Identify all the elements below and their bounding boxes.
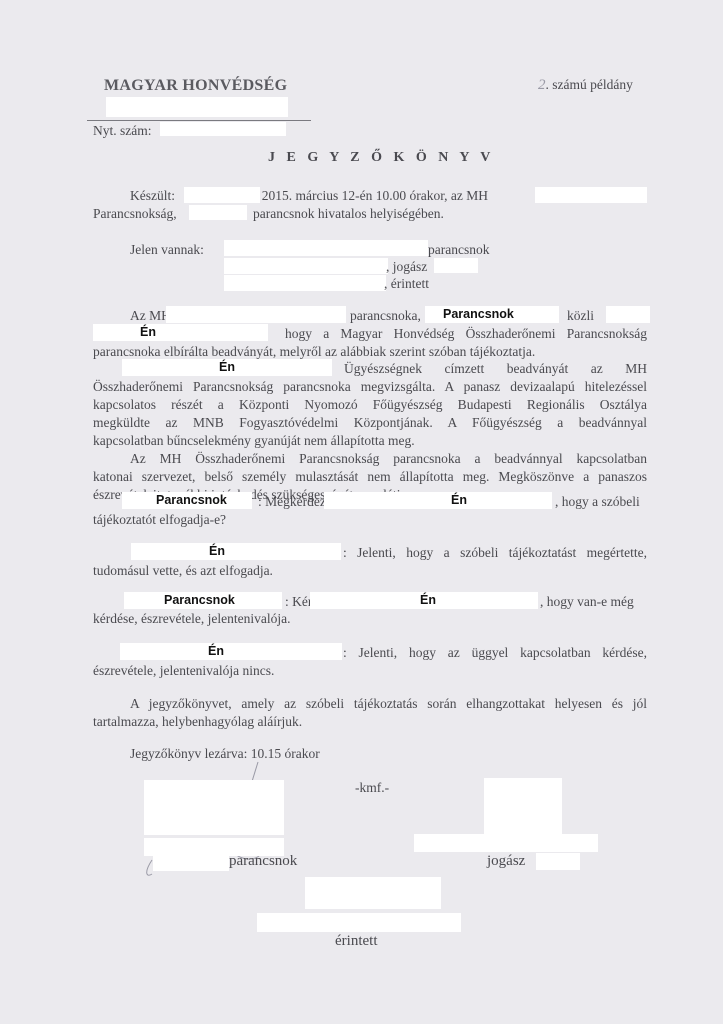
dialogue-2-text: : Jelenti, hogy a szóbeli tájékoztatást … [343,544,647,561]
signature-role-lawyer: jogász [487,853,525,870]
copy-number-label: . számú példány [546,77,633,92]
copy-number: 2. számú példány [538,76,633,94]
signature-role-affected: érintett [335,933,377,950]
dialogue-1-verb: : Megkérdezi [258,493,330,510]
redacted-unit-2 [166,306,346,323]
dialogue-1-cont: tájékoztatót elfogadja-e? [93,511,226,528]
office-text: parancsnok hivatalos helyiségében. [253,205,444,222]
present-role-commander: parancsnok [428,241,489,258]
dialogue-speaker-me: Én [120,643,342,660]
redacted-affected-signature [305,877,441,909]
dialogue-speaker-me: Én [131,543,341,560]
p2-line-1: Ügyészségnek címzett beadványát az MH [344,360,647,377]
p1-line-2: hogy a Magyar Honvédség Összhaderőnemi P… [285,325,647,342]
me-label: Én [122,359,332,376]
redacted-location [184,187,260,203]
redacted-lawyer-signature [484,778,562,834]
dialogue-2-cont: tudomásul vette, és azt elfogadja. [93,562,273,579]
present-role-affected: , érintett [384,275,429,292]
p1-announces: közli [567,307,594,324]
commander-label: Parancsnok [425,306,559,323]
closing-line-1: A jegyzőkönyvet, amely az szóbeli tájéko… [130,695,647,712]
dialogue-target-me: Én [310,592,538,609]
redacted-name-trailing [606,306,650,323]
redacted-lawyer-rank-2 [414,834,598,852]
redacted-present-3 [224,275,386,291]
redacted-registry-number [160,122,286,136]
redacted-present-2 [224,258,388,274]
signature-role-commander: parancsnok [229,853,297,870]
p1-az-mh: Az MH [130,307,171,324]
present-label: Jelen vannak: [130,241,204,258]
dialogue-3-cont: kérdése, észrevétele, jelentenivalója. [93,610,291,627]
closing-line-2: tartalmazza, helybenhagyólag aláírjuk. [93,713,302,730]
redacted-lawyer-name [536,853,580,870]
p2-line-5: kapcsolatban bűncselekmény gyanúját nem … [93,432,415,449]
redacted-present-1 [224,240,428,256]
redacted-commander-name-2 [153,853,229,871]
present-role-lawyer: , jogász [386,258,427,275]
p3-line-2: katonai szervezet, belső személy mulaszt… [93,468,647,485]
dialogue-3-end: , hogy van-e még [540,593,634,610]
redacted-unit [535,187,647,203]
dialogue-target-me: Én [324,492,552,509]
p1-commander-of: parancsnoka, [350,307,421,324]
organization-name: MAGYAR HONVÉDSÉG [104,77,287,95]
redacted-commander-signature [144,780,284,835]
p2-line-4: megküldte az MNB Fogyasztóvédelmi Közpon… [93,414,647,431]
intro-line-2: Parancsnokság, parancsnok hivatalos hely… [93,205,177,222]
p2-line-2: Összhaderőnemi Parancsnokság parancsnoka… [93,378,647,395]
command-label: Parancsnokság, [93,206,177,221]
dialogue-speaker-commander: Parancsnok [122,492,252,509]
p3-line-1: Az MH Összhaderőnemi Parancsnokság paran… [130,450,647,467]
dialogue-4-cont: észrevétele, jelentenivalója nincs. [93,662,274,679]
p2-line-3: kapcsolatos részét a Központi Nyomozó Fő… [93,396,647,413]
p1-line-3: parancsnoka elbírálta beadványát, melyrő… [93,343,535,360]
redacted-lawyer-rank [434,258,478,273]
prepared-date-text: , 2015. március 12-én 10.00 órakor, az M… [255,187,488,204]
me-label: Én [93,324,268,341]
header-divider [87,120,311,121]
document-title: J E G Y Z Ő K Ö N Y V [268,150,494,166]
prepared-label: Készült: [130,188,175,203]
registry-number-label: Nyt. szám: [93,122,152,139]
dialogue-1-end: , hogy a szóbeli [555,493,640,510]
redacted-commander-name [189,205,247,220]
dialogue-4-text: : Jelenti, hogy az üggyel kapcsolatban k… [343,644,647,661]
redacted-affected-name [257,913,461,932]
kmf-label: -kmf.- [355,779,389,796]
copy-number-handwritten: 2 [538,77,546,93]
dialogue-speaker-commander: Parancsnok [124,592,282,609]
redacted-unit-name [106,97,288,117]
